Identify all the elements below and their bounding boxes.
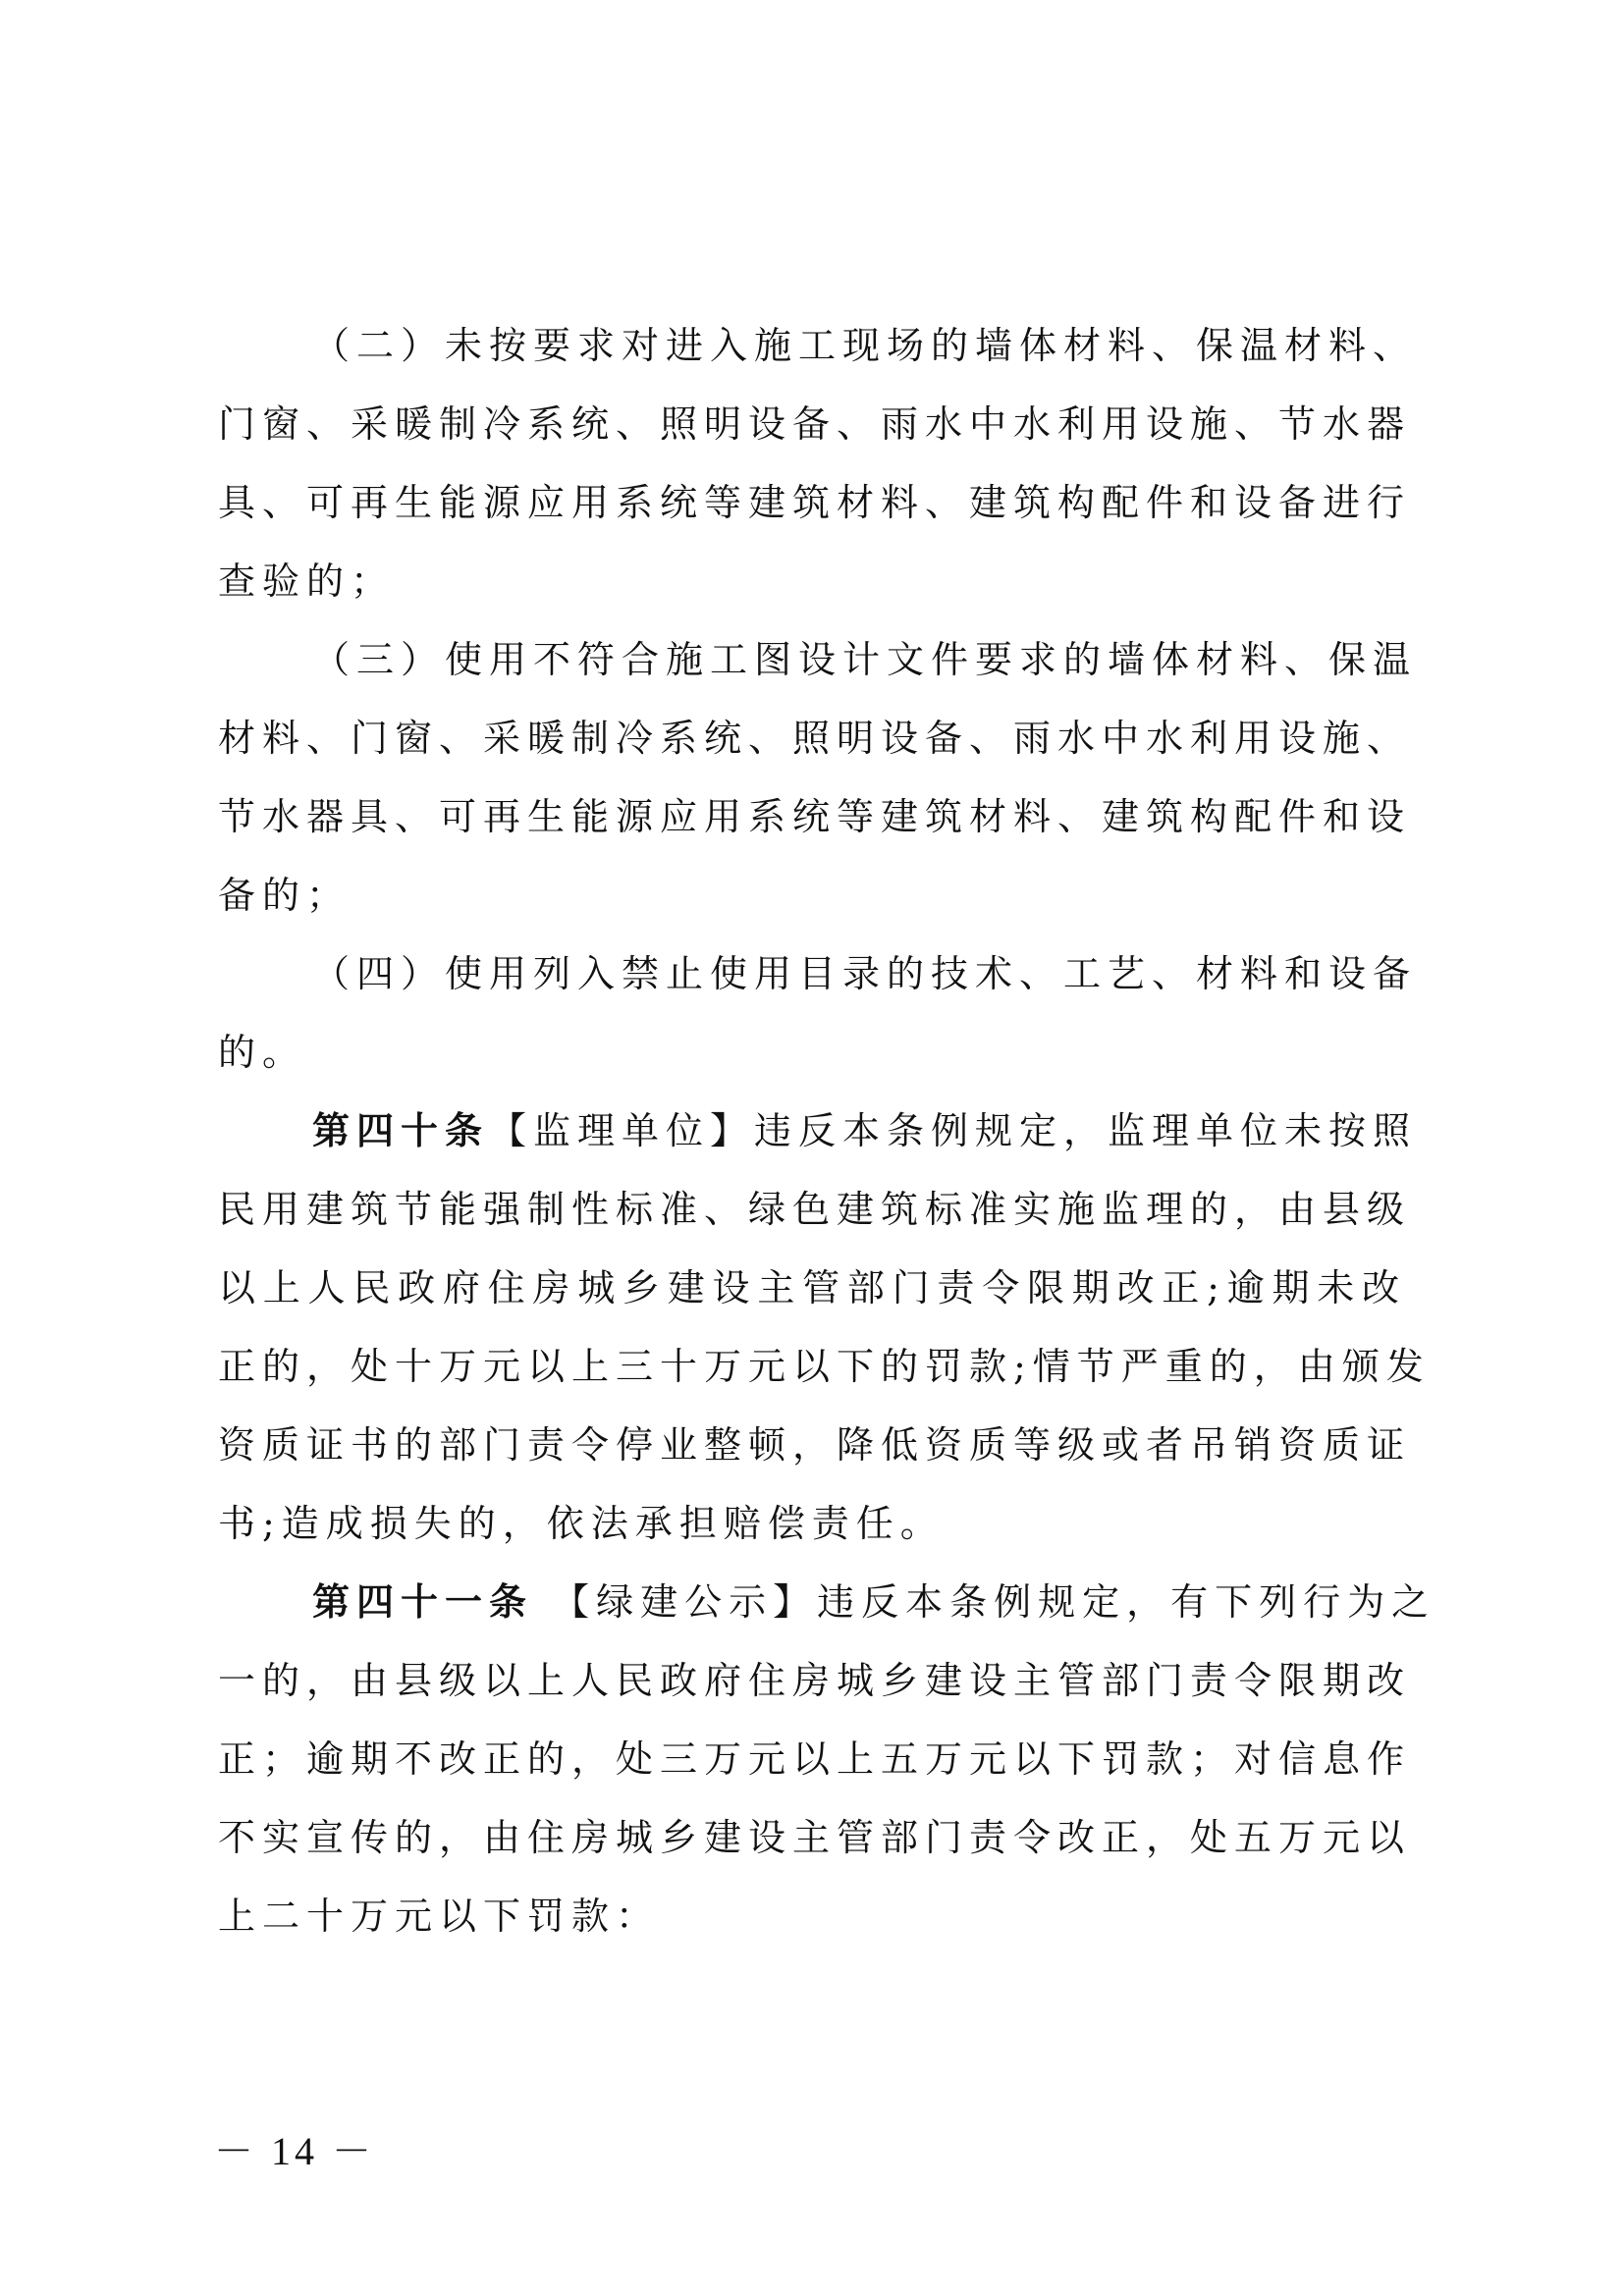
text-line: （三）使用不符合施工图设计文件要求的墙体材料、保温 — [218, 620, 1406, 699]
text-line: 不实宣传的，由住房城乡建设主管部门责令改正，处五万元以 — [218, 1798, 1406, 1877]
text-line: 节水器具、可再生能源应用系统等建筑材料、建筑构配件和设 — [218, 777, 1406, 856]
article-heading: 第四十一条 — [312, 1579, 533, 1624]
document-page: （二）未按要求对进入施工现场的墙体材料、保温材料、 门窗、采暖制冷系统、照明设备… — [0, 0, 1624, 2296]
paragraph-item-3: （三）使用不符合施工图设计文件要求的墙体材料、保温 材料、门窗、采暖制冷系统、照… — [218, 620, 1406, 934]
text-line: 资质证书的部门责令停业整顿，降低资质等级或者吊销资质证 — [218, 1406, 1406, 1484]
text-line: 查验的； — [218, 542, 1406, 620]
article-text: 【监理单位】违反本条例规定，监理单位未按照 — [489, 1109, 1417, 1152]
text-line: 备的； — [218, 856, 1406, 934]
text-line: 第四十条【监理单位】违反本条例规定，监理单位未按照 — [218, 1092, 1406, 1170]
text-line: （四）使用列入禁止使用目录的技术、工艺、材料和设备 — [218, 934, 1406, 1013]
paragraph-article-41: 第四十一条 【绿建公示】违反本条例规定，有下列行为之 一的，由县级以上人民政府住… — [218, 1563, 1406, 1955]
paragraph-article-40: 第四十条【监理单位】违反本条例规定，监理单位未按照 民用建筑节能强制性标准、绿色… — [218, 1092, 1406, 1563]
text-line: 具、可再生能源应用系统等建筑材料、建筑构配件和设备进行 — [218, 463, 1406, 542]
paragraph-item-2: （二）未按要求对进入施工现场的墙体材料、保温材料、 门窗、采暖制冷系统、照明设备… — [218, 306, 1406, 620]
text-line: 正；逾期不改正的，处三万元以上五万元以下罚款；对信息作 — [218, 1720, 1406, 1798]
text-line: （二）未按要求对进入施工现场的墙体材料、保温材料、 — [218, 306, 1406, 385]
text-line: 书;造成损失的，依法承担赔偿责任。 — [218, 1484, 1406, 1563]
document-body: （二）未按要求对进入施工现场的墙体材料、保温材料、 门窗、采暖制冷系统、照明设备… — [218, 306, 1406, 1955]
text-line: 第四十一条 【绿建公示】违反本条例规定，有下列行为之 — [218, 1563, 1406, 1641]
text-line: 门窗、采暖制冷系统、照明设备、雨水中水利用设施、节水器 — [218, 385, 1406, 463]
text-line: 民用建筑节能强制性标准、绿色建筑标准实施监理的，由县级 — [218, 1170, 1406, 1249]
article-heading: 第四十条 — [312, 1108, 489, 1152]
paragraph-item-4: （四）使用列入禁止使用目录的技术、工艺、材料和设备 的。 — [218, 934, 1406, 1092]
page-number: － 14 － — [214, 2120, 375, 2176]
text-line: 材料、门窗、采暖制冷系统、照明设备、雨水中水利用设施、 — [218, 699, 1406, 777]
text-line: 一的，由县级以上人民政府住房城乡建设主管部门责令限期改 — [218, 1641, 1406, 1720]
text-line: 正的，处十万元以上三十万元以下的罚款;情节严重的，由颁发 — [218, 1327, 1406, 1406]
text-line: 上二十万元以下罚款： — [218, 1877, 1406, 1955]
text-line: 以上人民政府住房城乡建设主管部门责令限期改正;逾期未改 — [218, 1249, 1406, 1327]
text-line: 的。 — [218, 1013, 1406, 1092]
article-text: 【绿建公示】违反本条例规定，有下列行为之 — [533, 1580, 1435, 1624]
